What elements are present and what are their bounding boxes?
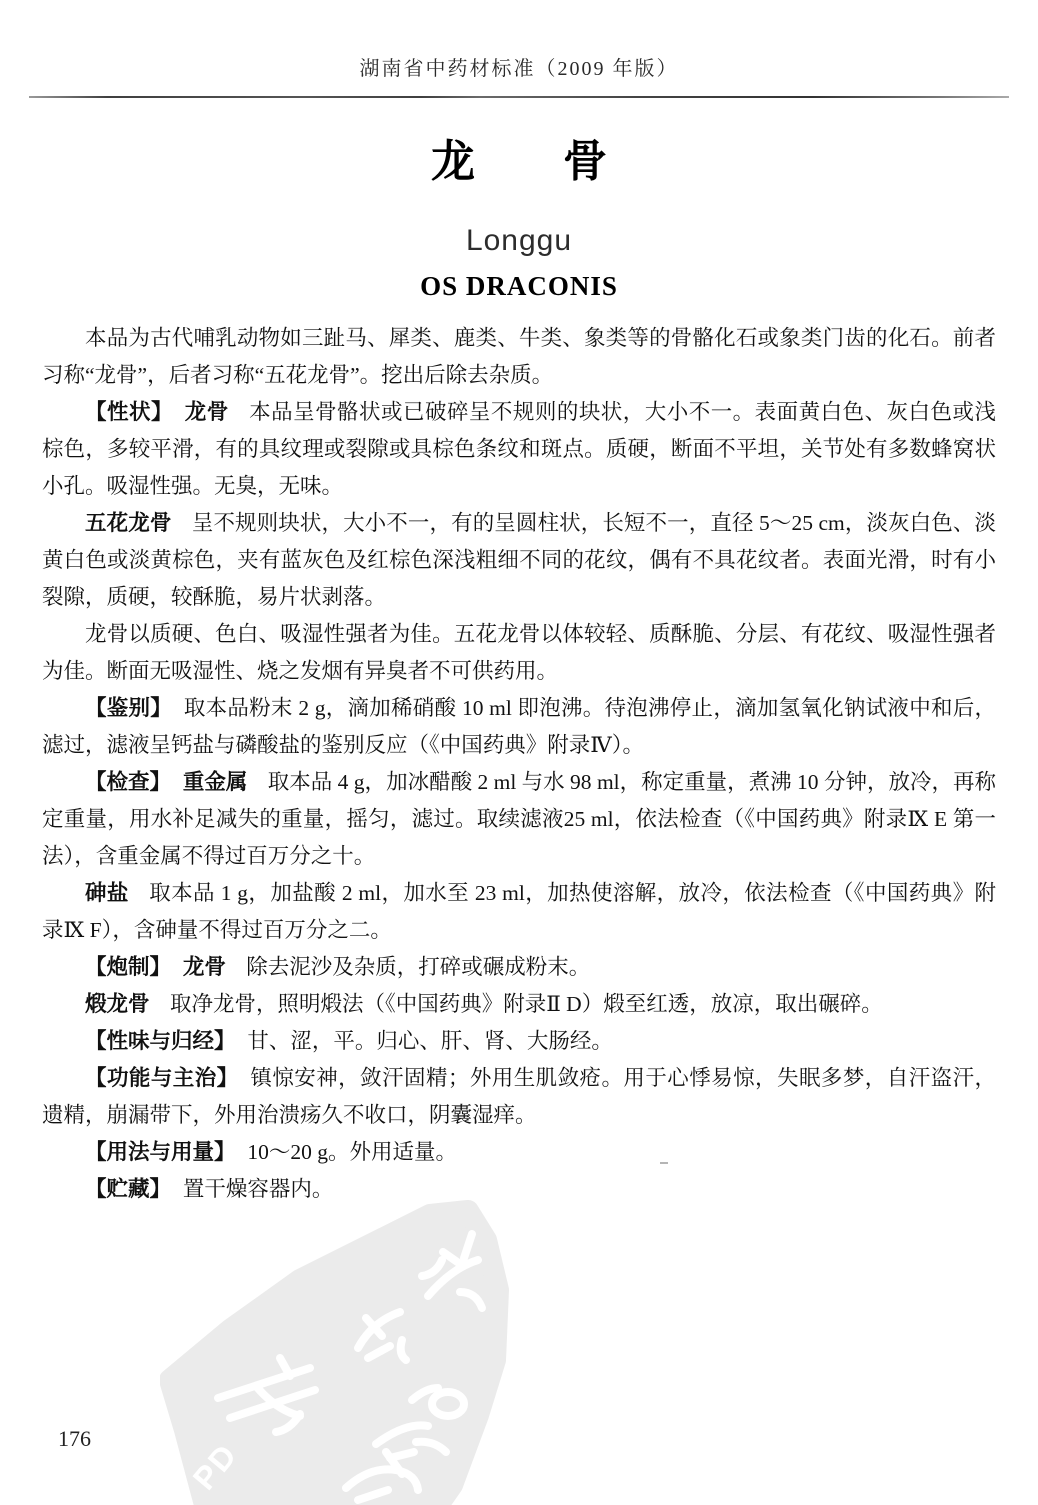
- section-label: 【鉴别】: [85, 696, 172, 720]
- section-zhucang: 【贮藏】置干燥容器内。: [42, 1171, 996, 1208]
- section-text: 置干燥容器内。: [183, 1177, 334, 1201]
- document-page: 湖南省中药材标准（2009 年版） 龙 骨 Longgu OS DRACONIS…: [0, 0, 1038, 1505]
- section-xingzhuang: 【性状】龙骨本品呈骨骼状或已破碎呈不规则的块状，大小不一。表面黄白色、灰白色或浅…: [42, 394, 996, 505]
- section-gongneng-zhuzhi: 【功能与主治】镇惊安神，敛汗固精；外用生肌敛疮。用于心悸易惊，失眠多梦，自汗盗汗…: [42, 1060, 996, 1134]
- watermark-seal-glyph-5: [346, 1442, 446, 1500]
- page-number: 176: [58, 1426, 91, 1452]
- section-label: 【功能与主治】: [85, 1066, 239, 1090]
- section-yongfa-yongliang: 【用法与用量】10～20 g。外用适量。: [42, 1134, 996, 1171]
- section-text: 除去泥沙及杂质，打碎或碾成粉末。: [246, 955, 590, 979]
- section-label: 【炮制】: [85, 955, 171, 979]
- section-label: 【用法与用量】: [85, 1140, 236, 1164]
- monograph-title-chinese: 龙 骨: [0, 136, 1038, 188]
- scan-artifact: [660, 1162, 668, 1164]
- section-text: 龙骨以质硬、色白、吸湿性强者为佳。五花龙骨以体较轻、质酥脆、分层、有花纹、吸湿性…: [42, 622, 996, 683]
- watermark-stamp: PD: [160, 1200, 520, 1505]
- watermark-text: PD: [186, 1436, 245, 1496]
- section-label: 【性状】: [85, 400, 173, 424]
- running-header-title: 湖南省中药材标准（2009 年版）: [0, 0, 1038, 81]
- section-sublabel: 五花龙骨: [85, 511, 171, 535]
- section-paozhi: 【炮制】龙骨除去泥沙及杂质，打碎或碾成粉末。: [42, 949, 996, 986]
- monograph-body: 本品为古代哺乳动物如三趾马、犀类、鹿类、牛类、象类等的骨骼化石或象类门齿的化石。…: [42, 320, 996, 1208]
- watermark-stamp-shape: [170, 1211, 498, 1505]
- section-duan-longgu: 煅龙骨取净龙骨，照明煅法（《中国药典》附录Ⅱ D）煅至红透，放凉，取出碾碎。: [42, 986, 996, 1023]
- section-text: 10～20 g。外用适量。: [247, 1140, 457, 1164]
- section-label: 【贮藏】: [85, 1177, 171, 1201]
- monograph-title-latin: OS DRACONIS: [0, 271, 1038, 301]
- section-text: 取本品 1 g，加盐酸 2 ml，加水至 23 ml，加热使溶解，放冷，依法检查…: [42, 881, 996, 942]
- page-header: 湖南省中药材标准（2009 年版）: [0, 0, 1038, 98]
- section-text: 取净龙骨，照明煅法（《中国药典》附录Ⅱ D）煅至红透，放凉，取出碾碎。: [170, 992, 883, 1016]
- section-sublabel: 砷盐: [85, 881, 129, 905]
- watermark-seal-glyph-1: [422, 1234, 482, 1308]
- monograph-title-pinyin: Longgu: [0, 224, 1038, 258]
- section-sublabel: 煅龙骨: [85, 992, 150, 1016]
- watermark-seal-glyph-4: [376, 1388, 464, 1458]
- section-sublabel: 龙骨: [185, 400, 229, 424]
- section-wuhua-longgu: 五花龙骨呈不规则块状，大小不一，有的呈圆柱状，长短不一，直径 5～25 cm，淡…: [42, 505, 996, 616]
- section-xingwei-guijing: 【性味与归经】甘、涩，平。归心、肝、肾、大肠经。: [42, 1023, 996, 1060]
- intro-text: 本品为古代哺乳动物如三趾马、犀类、鹿类、牛类、象类等的骨骼化石或象类门齿的化石。…: [42, 326, 996, 387]
- section-jiancha-zhongjinshu: 【检查】重金属取本品 4 g，加冰醋酸 2 ml 与水 98 ml，称定重量，煮…: [42, 764, 996, 875]
- section-text: 取本品粉末 2 g，滴加稀硝酸 10 ml 即泡沸。待泡沸停止，滴加氢氧化钠试液…: [42, 696, 996, 757]
- watermark-seal-glyph-2: [358, 1312, 406, 1360]
- section-label: 【性味与归经】: [85, 1029, 236, 1053]
- header-rule: [29, 96, 1009, 98]
- paragraph-quality: 龙骨以质硬、色白、吸湿性强者为佳。五花龙骨以体较轻、质酥脆、分层、有花纹、吸湿性…: [42, 616, 996, 690]
- section-sublabel: 重金属: [183, 770, 248, 794]
- section-text: 甘、涩，平。归心、肝、肾、大肠经。: [247, 1029, 613, 1053]
- section-shenyan: 砷盐取本品 1 g，加盐酸 2 ml，加水至 23 ml，加热使溶解，放冷，依法…: [42, 875, 996, 949]
- paragraph-intro: 本品为古代哺乳动物如三趾马、犀类、鹿类、牛类、象类等的骨骼化石或象类门齿的化石。…: [42, 320, 996, 394]
- watermark-seal-glyph-3: [218, 1358, 315, 1432]
- section-sublabel: 龙骨: [183, 955, 226, 979]
- section-label: 【检查】: [85, 770, 171, 794]
- section-text: 呈不规则块状，大小不一，有的呈圆柱状，长短不一，直径 5～25 cm，淡灰白色、…: [42, 511, 996, 609]
- section-jianbie: 【鉴别】取本品粉末 2 g，滴加稀硝酸 10 ml 即泡沸。待泡沸停止，滴加氢氧…: [42, 690, 996, 764]
